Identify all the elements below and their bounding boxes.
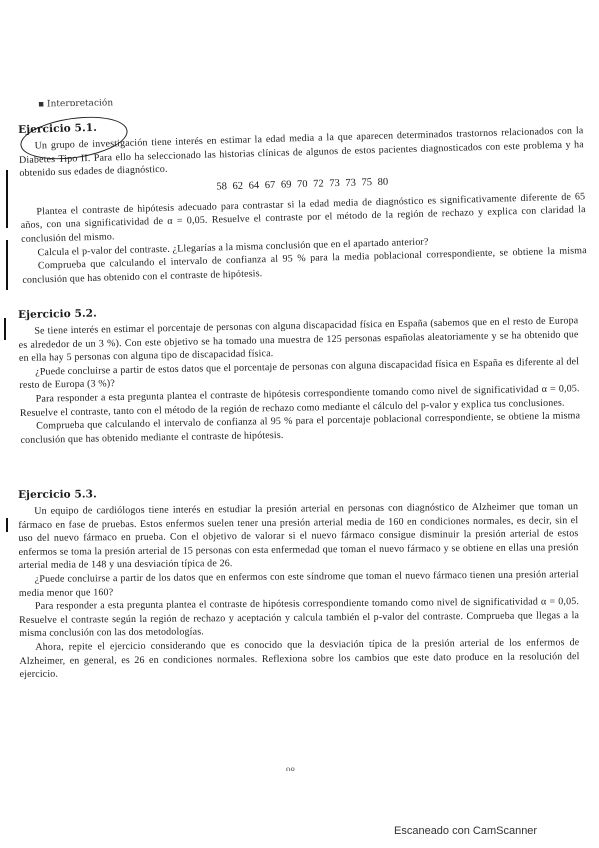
scanned-page: ▪ Interpretación Ejercicio 5.1. Un grupo… <box>0 0 599 848</box>
exercise-title: Ejercicio 5.3. <box>18 484 578 501</box>
exercise-paragraph: Para responder a esta pregunta plantea e… <box>19 595 579 641</box>
scan-edge-mark <box>6 240 8 290</box>
exercise-5-2: Ejercicio 5.2. Se tiene interés en estim… <box>18 298 581 447</box>
exercise-paragraph: Ahora, repite el ejercicio considerando … <box>19 636 579 682</box>
page-number: 98 <box>286 766 295 771</box>
scan-edge-mark <box>4 318 6 340</box>
scan-edge-mark <box>6 518 8 532</box>
scan-edge-mark <box>6 170 8 228</box>
exercise-paragraph: Un equipo de cardiólogos tiene interés e… <box>18 500 579 573</box>
exercise-5-1: Ejercicio 5.1. Un grupo de investigación… <box>18 108 587 287</box>
exercise-5-3: Ejercicio 5.3. Un equipo de cardiólogos … <box>18 484 580 682</box>
camscanner-watermark: Escaneado con CamScanner <box>394 825 537 837</box>
cutoff-bullet-text: ▪ Interpretación <box>38 97 113 106</box>
